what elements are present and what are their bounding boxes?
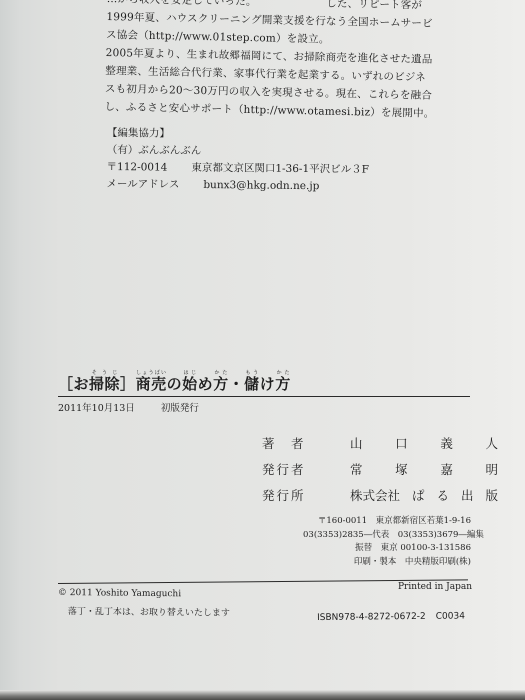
email-address: bunx3@hkg.odn.ne.jp [203,179,319,192]
credit-role: 発行者 [262,457,322,483]
credit-role: 著 者 [262,431,322,457]
author-bio: …から収入を安定していった。 した、リピート客が 1999年夏、ハウスクリーニン… [104,0,447,123]
credit-row-publisher: 発行者 常 塚 嘉 明 [262,457,498,483]
edition-line: 2011年10月13日初版発行 [58,400,470,414]
name-char: 嘉 [440,457,453,483]
edition-date: 2011年10月13日 [58,403,135,414]
copyright: © 2011 Yoshito Yamaguchi [58,588,181,599]
title-divider [58,396,470,397]
title-segment: 掃除そうじ [89,375,120,393]
editorial-email-line: メールアドレスbunx3@hkg.odn.ne.jp [106,176,369,196]
credit-row-publishing-house: 発行所 株式会社 ぱ る 出 版 [262,483,498,509]
title-segment: 方かた [213,375,229,393]
replacement-notice: 落丁・乱丁本は、お取り替えいたします [68,604,230,619]
title-segment: 儲もう [244,375,260,393]
credit-role: 発行所 [262,483,322,509]
publisher-transfer-account: 振替 東京 00100-3-131586 [303,542,471,556]
name-char: 塚 [395,457,408,483]
page-edge [0,690,525,700]
name-char: 口 [395,431,408,457]
title-segment: 商売しょうばい [136,375,167,393]
title-segment: ・ [229,375,245,393]
email-label: メールアドレス [106,178,179,191]
name-char: 版 [485,483,498,509]
name-char: 人 [485,431,498,457]
name-char: る [436,483,449,509]
name-char: 常 [350,457,363,483]
publisher-phone: 03(3353)2835―代表 03(3353)3679―編集 [303,529,471,543]
name-char: 明 [485,457,498,483]
title-segment: け [260,375,276,393]
credit-row-author: 著 者 山 口 義 人 [262,431,498,457]
title-segment: 方かた [275,375,291,393]
credit-name: 常 塚 嘉 明 [322,457,498,483]
credit-name: 山 口 義 人 [322,431,498,457]
name-char: 出 [461,483,474,509]
credits: 著 者 山 口 義 人 発行者 常 塚 嘉 明 発行所 株式会社 ぱ る 出 版 [262,431,498,509]
edition-label: 初版発行 [161,403,199,414]
title-segment: の [167,375,183,393]
title-segment: お [74,375,90,393]
name-char: 義 [440,431,453,457]
title-segment: ］ [120,375,136,393]
title-segment: め [198,375,214,393]
title-segment: ［ [58,375,74,393]
editorial-cooperation: 【編集協力】 （有）ぶんぶんぶん 〒112-0014東京都文京区関口1-36-1… [106,125,369,196]
name-char: ぱ [412,483,425,509]
title-segment: 始はじ [182,375,198,393]
printer: 印刷・製本 中央精版印刷(株) [303,556,471,570]
isbn-line: ISBN978-4-8272-0672-2C0034 [317,611,465,623]
editorial-address: 東京都文京区関口1-36-1平沢ビル３F [191,162,369,176]
name-char: 株式会社 [350,483,400,509]
name-char: 山 [350,431,363,457]
editorial-postal: 〒112-0014 [106,161,167,174]
publisher-contact: 〒160-0011 東京都新宿区若葉1-9-16 03(3353)2835―代表… [303,515,471,569]
printed-in: Printed in Japan [398,582,472,592]
c-code: C0034 [436,611,465,621]
isbn: ISBN978-4-8272-0672-2 [317,612,426,623]
credit-name: 株式会社 ぱ る 出 版 [322,483,498,509]
publisher-address: 〒160-0011 東京都新宿区若葉1-9-16 [303,515,471,529]
colophon-title-block: ［お掃除そうじ］商売しょうばいの始はじめ方かた・儲もうけ方かた 2011年10月… [58,370,470,414]
book-title: ［お掃除そうじ］商売しょうばいの始はじめ方かた・儲もうけ方かた [58,370,470,394]
